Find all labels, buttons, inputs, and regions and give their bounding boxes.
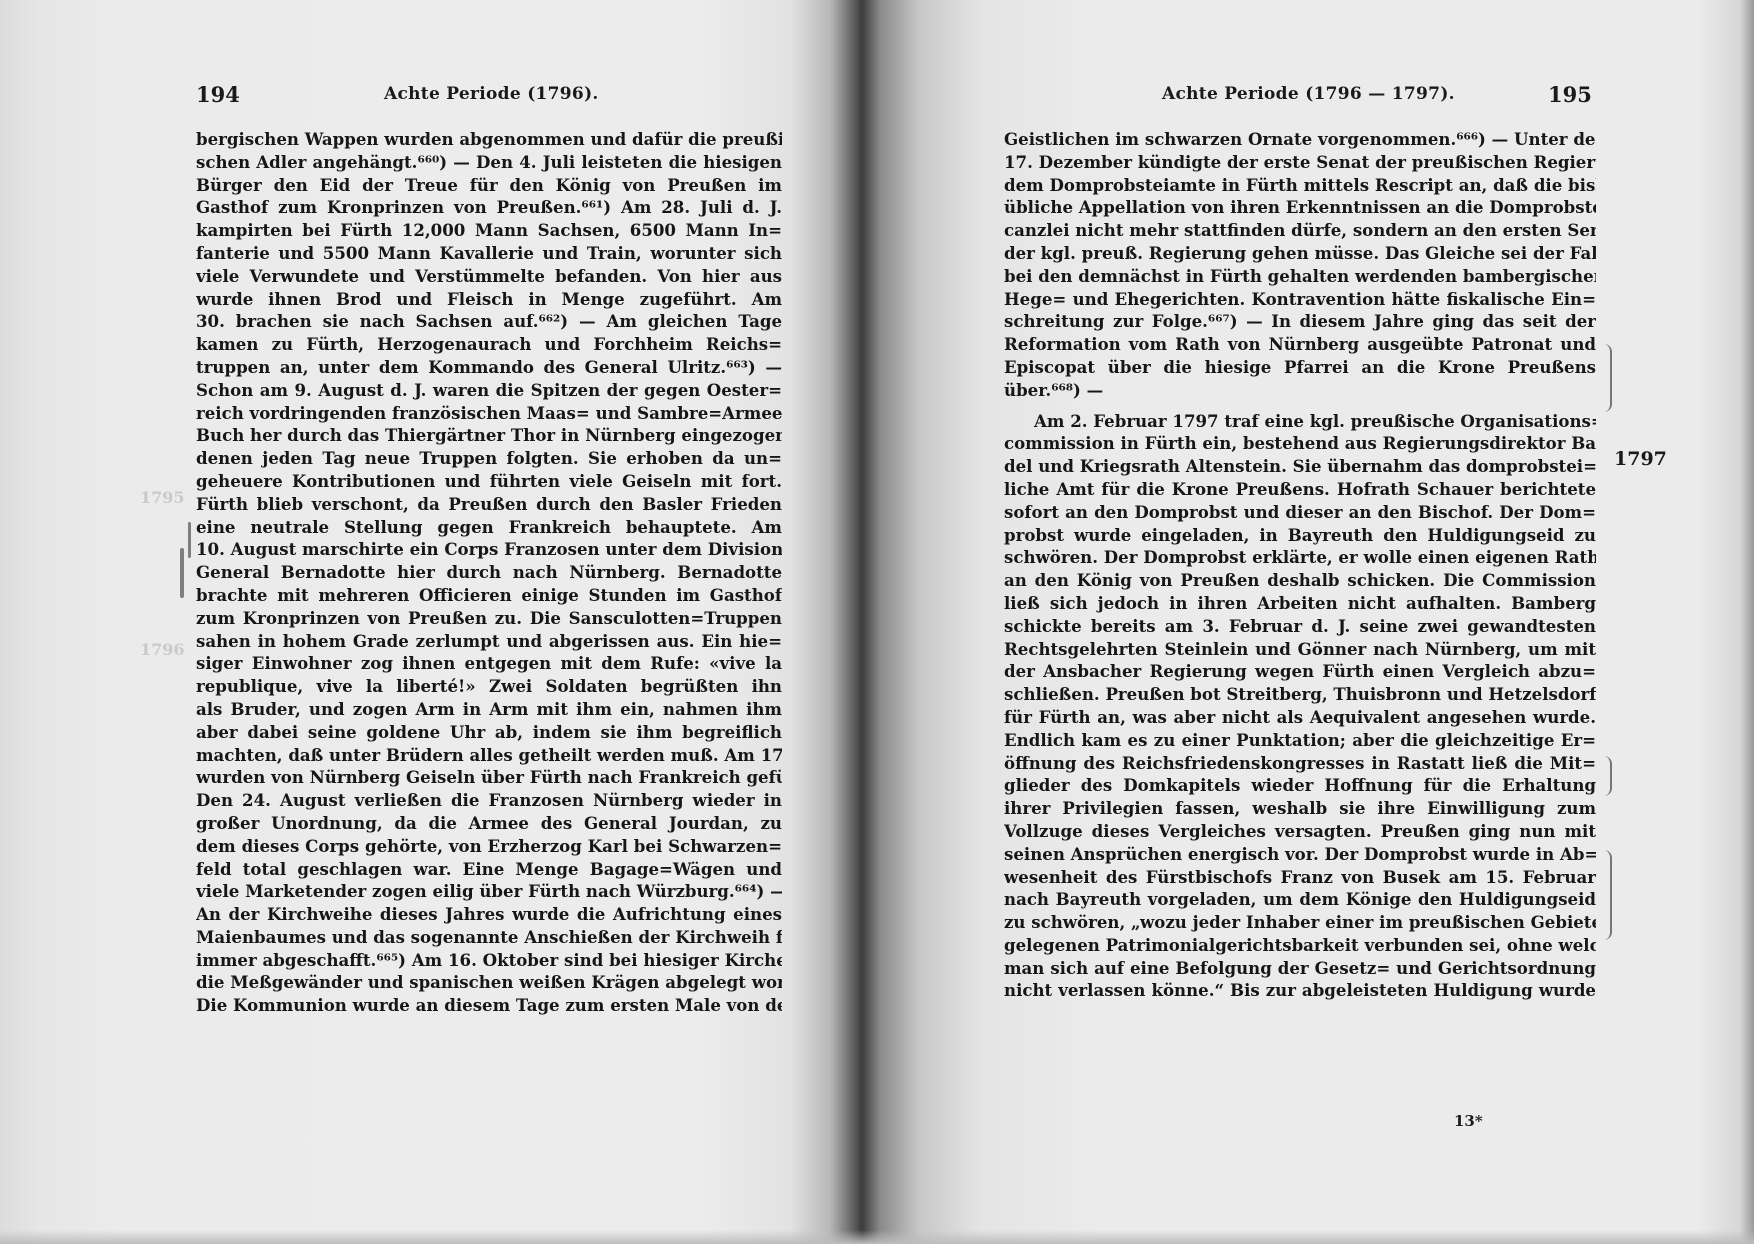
page-number: 195: [1548, 82, 1592, 107]
pencil-bracket-mark: [1602, 344, 1612, 412]
text-line: großer Unordnung, da die Armee des Gener…: [196, 812, 782, 835]
text-line: 10. August marschirte ein Corps Franzose…: [196, 538, 782, 561]
running-head: Achte Periode (1796).: [384, 84, 599, 104]
text-line: feld total geschlagen war. Eine Menge Ba…: [196, 858, 782, 881]
text-line: denen jeden Tag neue Truppen folgten. Si…: [196, 447, 782, 470]
text-line: Schon am 9. August d. J. waren die Spitz…: [196, 379, 782, 402]
text-line: geheuere Kontributionen und führten viel…: [196, 470, 782, 493]
text-line: für Fürth an, was aber nicht als Aequiva…: [1004, 706, 1596, 729]
signature-mark: 13*: [1454, 1112, 1483, 1130]
text-line: reich vordringenden französischen Maas= …: [196, 402, 782, 425]
text-line: 30. brachen sie nach Sachsen auf.⁶⁶²) — …: [196, 310, 782, 333]
text-line: fanterie und 5500 Mann Kavallerie und Tr…: [196, 242, 782, 265]
text-line: zum Kronprinzen von Preußen zu. Die Sans…: [196, 607, 782, 630]
text-line: seinen Ansprüchen energisch vor. Der Dom…: [1004, 843, 1596, 866]
text-line: liche Amt für die Krone Preußens. Hofrat…: [1004, 478, 1596, 501]
text-line: der kgl. preuß. Regierung gehen müsse. D…: [1004, 242, 1596, 265]
text-line: schwören. Der Domprobst erklärte, er wol…: [1004, 546, 1596, 569]
text-line: öffnung des Reichsfriedenskongresses in …: [1004, 752, 1596, 775]
text-line: Rechtsgelehrten Steinlein und Gönner nac…: [1004, 638, 1596, 661]
text-line: Am 2. Februar 1797 traf eine kgl. preußi…: [1004, 410, 1596, 433]
text-line: Buch her durch das Thiergärtner Thor in …: [196, 424, 782, 447]
text-line: die Meßgewänder und spanischen weißen Kr…: [196, 971, 782, 994]
text-line: truppen an, unter dem Kommando des Gener…: [196, 356, 782, 379]
text-line: sahen in hohem Grade zerlumpt und abgeri…: [196, 630, 782, 653]
text-line: An der Kirchweihe dieses Jahres wurde di…: [196, 903, 782, 926]
text-line: viele Marketender zogen eilig über Fürth…: [196, 880, 782, 903]
pencil-annotation-mark: [188, 522, 191, 558]
bleed-through-text: 1796: [140, 640, 185, 659]
text-line: dem Domprobsteiamte in Fürth mittels Res…: [1004, 174, 1596, 197]
text-line: Den 24. August verließen die Franzosen N…: [196, 789, 782, 812]
text-line: republique, vive la liberté!» Zwei Solda…: [196, 675, 782, 698]
right-page: Achte Periode (1796 — 1797). 195 Geistli…: [862, 0, 1754, 1244]
text-line: schreitung zur Folge.⁶⁶⁷) — In diesem Ja…: [1004, 310, 1596, 333]
text-line: aber dabei seine goldene Uhr ab, indem s…: [196, 721, 782, 744]
left-page: 1795 1796 194 Achte Periode (1796). berg…: [0, 0, 860, 1244]
text-line: Reformation vom Rath von Nürnberg ausgeü…: [1004, 333, 1596, 356]
text-line: brachte mit mehreren Officieren einige S…: [196, 584, 782, 607]
text-line: 17. Dezember kündigte der erste Senat de…: [1004, 151, 1596, 174]
text-line: nach Bayreuth vorgeladen, um dem Könige …: [1004, 888, 1596, 911]
text-line: Bürger den Eid der Treue für den König v…: [196, 174, 782, 197]
text-line: schickte bereits am 3. Februar d. J. sei…: [1004, 615, 1596, 638]
text-line: über.⁶⁶⁸) —: [1004, 379, 1596, 402]
text-line: General Bernadotte hier durch nach Nürnb…: [196, 561, 782, 584]
text-line: wesenheit des Fürstbischofs Franz von Bu…: [1004, 866, 1596, 889]
margin-year-note: 1797: [1614, 448, 1667, 470]
text-line: gelegenen Patrimonialgerichtsbarkeit ver…: [1004, 934, 1596, 957]
text-line: kampirten bei Fürth 12,000 Mann Sachsen,…: [196, 219, 782, 242]
page-bottom-edge: [0, 1230, 1754, 1244]
text-line: Maienbaumes und das sogenannte Anschieße…: [196, 926, 782, 949]
text-line: wurde ihnen Brod und Fleisch in Menge zu…: [196, 288, 782, 311]
text-line: ließ sich jedoch in ihren Arbeiten nicht…: [1004, 592, 1596, 615]
text-line: kamen zu Fürth, Herzogenaurach und Forch…: [196, 333, 782, 356]
bleed-through-text: 1795: [140, 488, 185, 507]
text-line: an den König von Preußen deshalb schicke…: [1004, 569, 1596, 592]
text-line: der Ansbacher Regierung wegen Fürth eine…: [1004, 660, 1596, 683]
text-line: sofort an den Domprobst und dieser an de…: [1004, 501, 1596, 524]
pencil-annotation-mark: [180, 548, 184, 598]
text-line: schen Adler angehängt.⁶⁶⁰) — Den 4. Juli…: [196, 151, 782, 174]
text-line: dem dieses Corps gehörte, von Erzherzog …: [196, 835, 782, 858]
pencil-bracket-mark: [1604, 756, 1612, 796]
text-line: siger Einwohner zog ihnen entgegen mit d…: [196, 652, 782, 675]
text-line: canzlei nicht mehr stattfinden dürfe, so…: [1004, 219, 1596, 242]
text-line: Die Kommunion wurde an diesem Tage zum e…: [196, 994, 782, 1017]
text-line: übliche Appellation von ihren Erkenntnis…: [1004, 196, 1596, 219]
text-line: bei den demnächst in Fürth gehalten werd…: [1004, 265, 1596, 288]
text-line: glieder des Domkapitels wieder Hoffnung …: [1004, 774, 1596, 797]
text-line: man sich auf eine Befolgung der Gesetz= …: [1004, 957, 1596, 980]
text-line: zu schwören, „wozu jeder Inhaber einer i…: [1004, 911, 1596, 934]
body-text: bergischen Wappen wurden abgenommen und …: [196, 128, 782, 1017]
running-head: Achte Periode (1796 — 1797).: [1162, 84, 1455, 104]
text-line: Fürth blieb verschont, da Preußen durch …: [196, 493, 782, 516]
text-line: bergischen Wappen wurden abgenommen und …: [196, 128, 782, 151]
text-line: eine neutrale Stellung gegen Frankreich …: [196, 516, 782, 539]
text-line: Hege= und Ehegerichten. Kontravention hä…: [1004, 288, 1596, 311]
text-line: ihrer Privilegien fassen, weshalb sie ih…: [1004, 797, 1596, 820]
text-line: nicht verlassen könne.“ Bis zur abgeleis…: [1004, 979, 1596, 1002]
text-line: machten, daß unter Brüdern alles getheil…: [196, 744, 782, 767]
pencil-bracket-mark: [1604, 850, 1612, 940]
text-line: Geistlichen im schwarzen Ornate vorgenom…: [1004, 128, 1596, 151]
text-line: viele Verwundete und Verstümmelte befand…: [196, 265, 782, 288]
text-line: Episcopat über die hiesige Pfarrei an di…: [1004, 356, 1596, 379]
paragraph-gap: [1004, 402, 1596, 410]
text-line: als Bruder, und zogen Arm in Arm mit ihm…: [196, 698, 782, 721]
text-line: immer abgeschafft.⁶⁶⁵) Am 16. Oktober si…: [196, 949, 782, 972]
text-line: Gasthof zum Kronprinzen von Preußen.⁶⁶¹)…: [196, 196, 782, 219]
text-line: probst wurde eingeladen, in Bayreuth den…: [1004, 524, 1596, 547]
text-line: Vollzuge dieses Vergleiches versagten. P…: [1004, 820, 1596, 843]
book-spread: 1795 1796 194 Achte Periode (1796). berg…: [0, 0, 1754, 1244]
text-line: del und Kriegsrath Altenstein. Sie übern…: [1004, 455, 1596, 478]
body-text: Geistlichen im schwarzen Ornate vorgenom…: [1004, 128, 1596, 1002]
page-number: 194: [196, 82, 240, 107]
text-line: wurden von Nürnberg Geiseln über Fürth n…: [196, 766, 782, 789]
text-line: schließen. Preußen bot Streitberg, Thuis…: [1004, 683, 1596, 706]
text-line: commission in Fürth ein, bestehend aus R…: [1004, 432, 1596, 455]
text-line: Endlich kam es zu einer Punktation; aber…: [1004, 729, 1596, 752]
